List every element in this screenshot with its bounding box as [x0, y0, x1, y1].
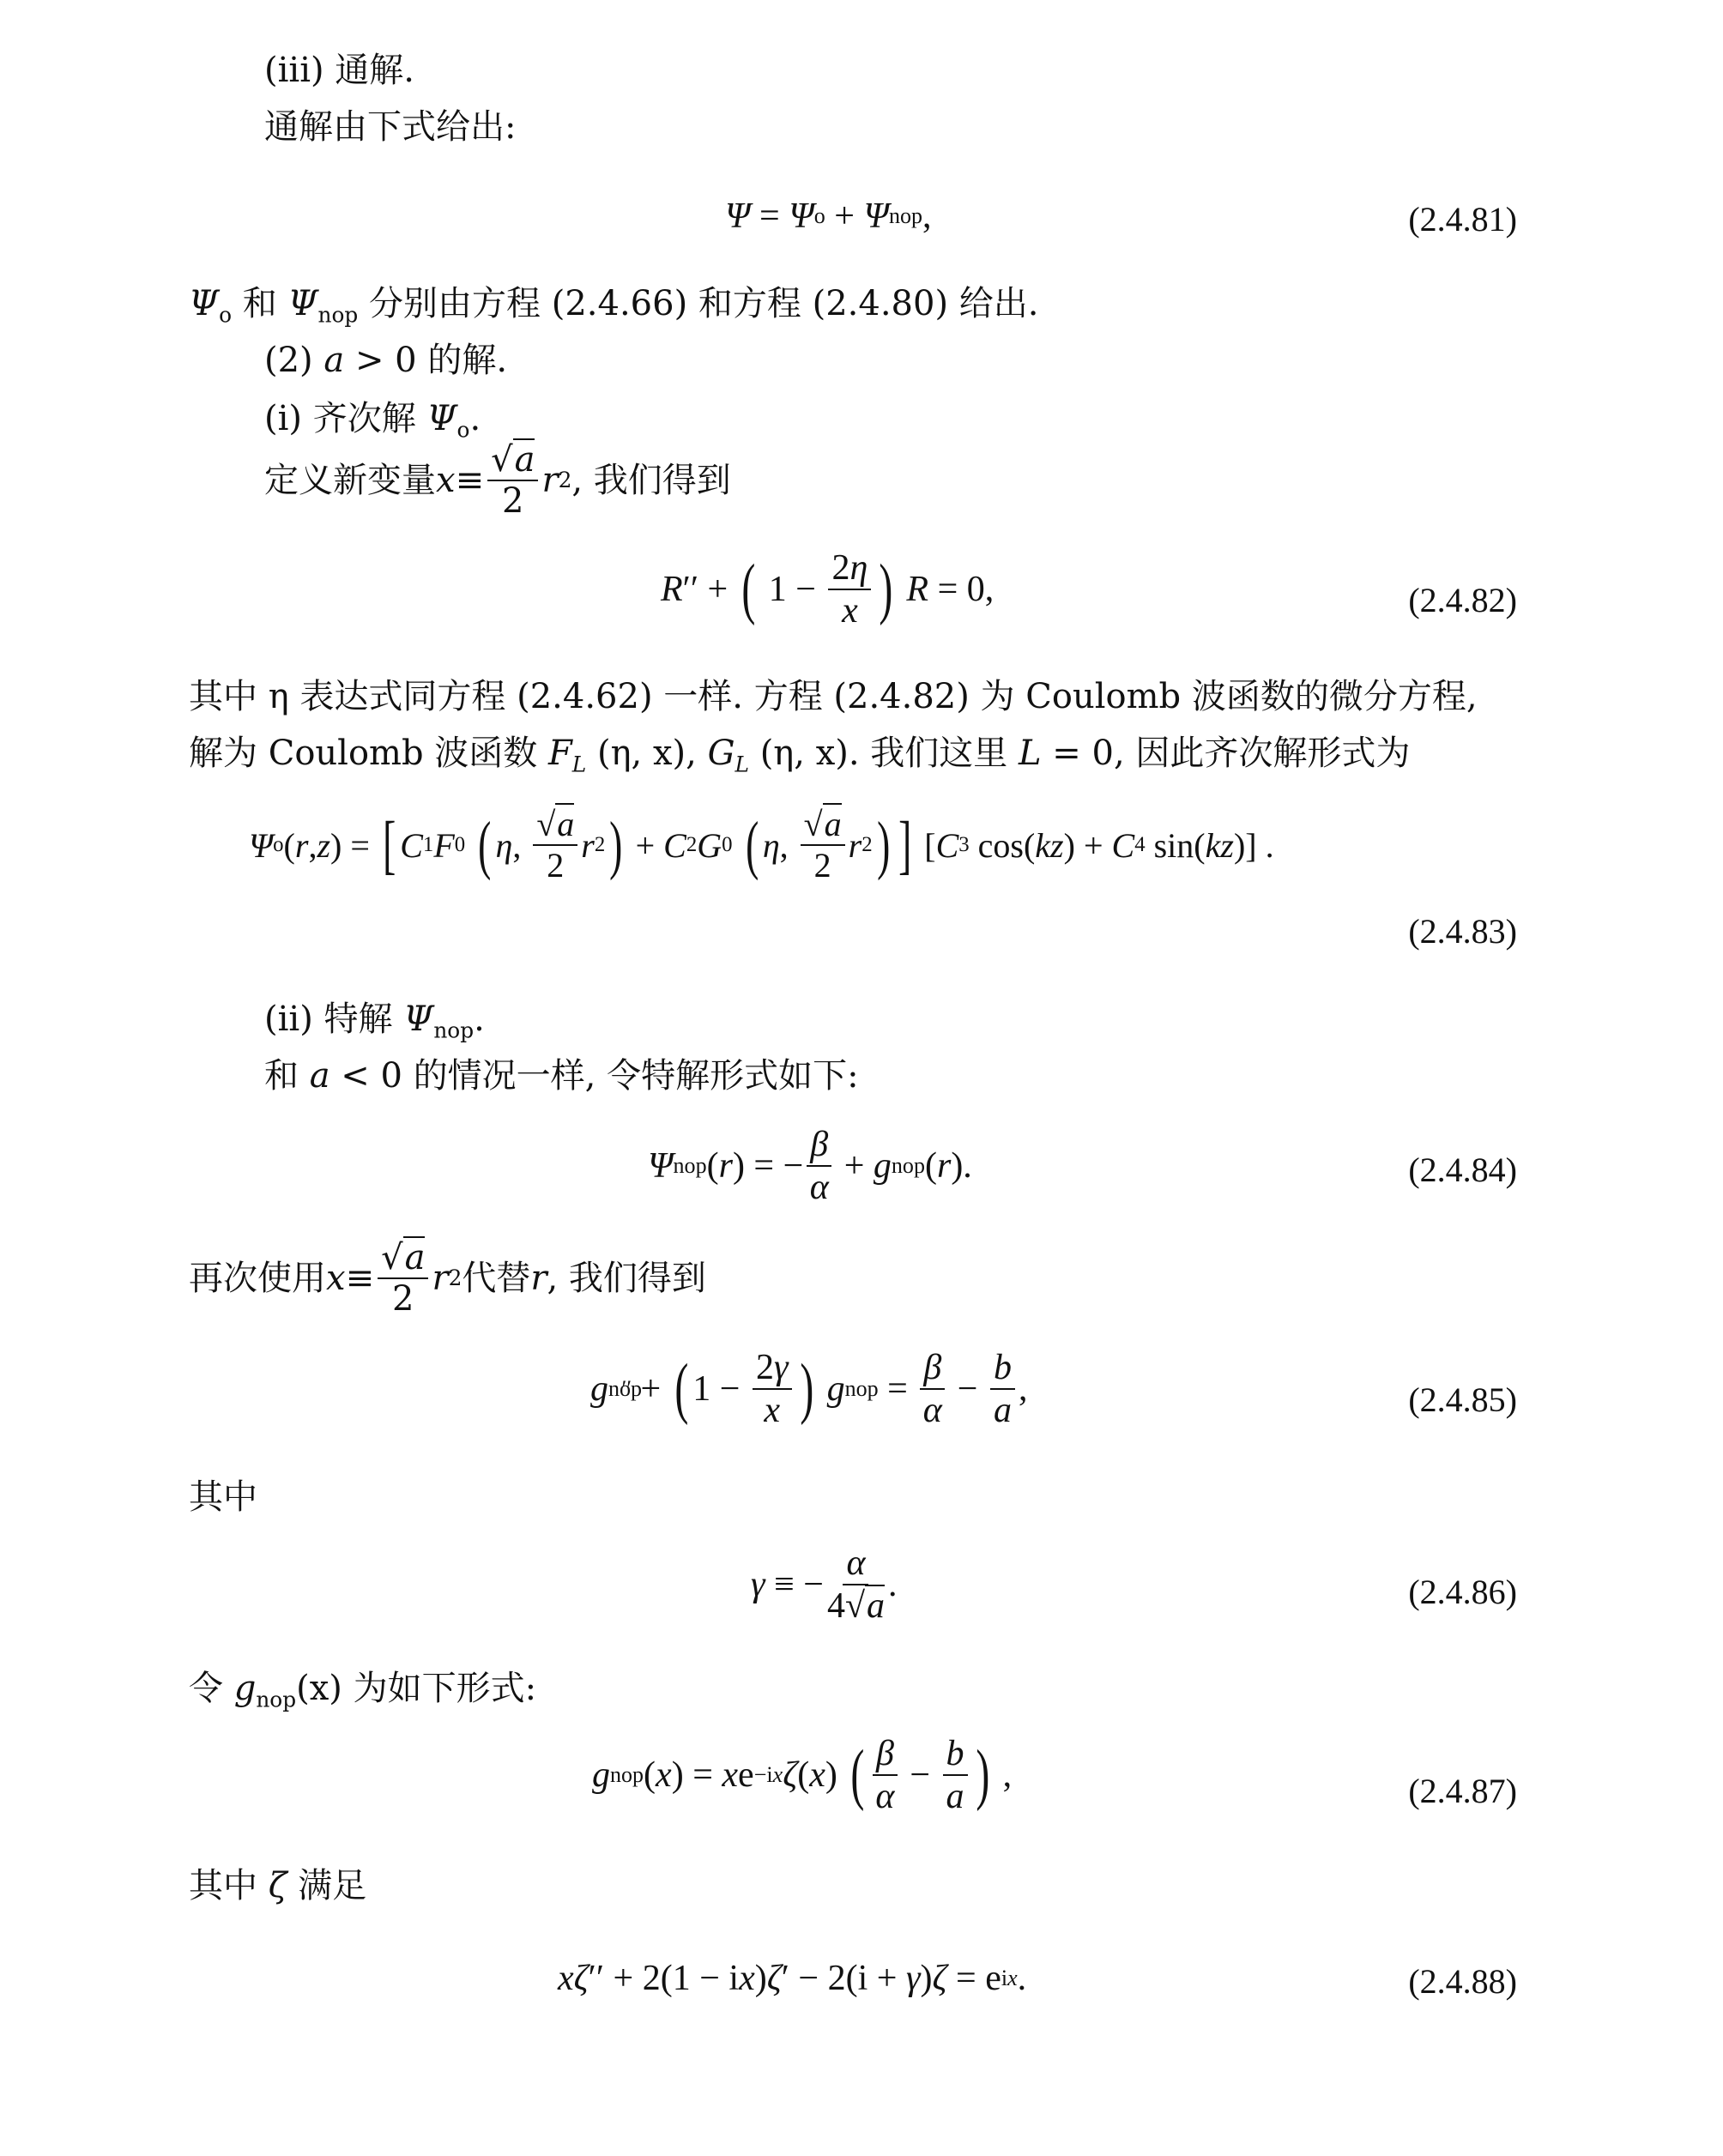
heading-a-positive: (2) a > 0 的解. — [264, 343, 507, 377]
heading-ii-particular: (ii) 特解 Ψnop. — [264, 1002, 485, 1042]
paragraph-substitution: 再次使用 x ≡ √a2 r2 代替 r, 我们得到 — [189, 1240, 706, 1317]
equation-number-2-4-81: (2.4.81) — [1408, 199, 1517, 239]
equation-2-4-87: gnop(x) = xe−ixζ(x) (βα − ba) , — [592, 1735, 1012, 1815]
paragraph-general-solution-intro: 通解由下式给出: — [264, 110, 516, 144]
equation-2-4-85: gnop′′ + (1 − 2γx) gnop = βα − ba, — [590, 1349, 1027, 1429]
fraction-sqrt-a-over-2: √a2 — [487, 442, 538, 519]
equation-number-2-4-88: (2.4.88) — [1408, 1961, 1517, 2002]
equation-2-4-86: γ ≡ −α4√a. — [751, 1544, 898, 1625]
paragraph-psi-definitions: Ψo 和 Ψnop 分别由方程 (2.4.66) 和方程 (2.4.80) 给出… — [189, 287, 1038, 326]
paragraph-zeta-satisfies: 其中 ζ 满足 — [189, 1869, 366, 1903]
paragraph-coulomb-1: 其中 η 表达式同方程 (2.4.62) 一样. 方程 (2.4.82) 为 C… — [189, 679, 1478, 714]
equation-number-2-4-85: (2.4.85) — [1408, 1380, 1517, 1420]
paragraph-new-variable: 定义新变量 x ≡ √a2 r2, 我们得到 — [264, 442, 731, 519]
equation-2-4-84: Ψnop(r) = −βα + gnop(r). — [648, 1126, 972, 1206]
equation-number-2-4-87: (2.4.87) — [1408, 1771, 1517, 1811]
paragraph-where-1: 其中 — [189, 1480, 257, 1514]
equation-2-4-88: xζ′′ + 2(1 − ix)ζ′ − 2(i + γ)ζ = eix. — [558, 1958, 1026, 1999]
equation-2-4-82: R′′ + ( 1 − 2ηx) R = 0, — [661, 549, 994, 630]
paragraph-gnop-form: 令 gnop(x) 为如下形式: — [189, 1671, 536, 1711]
fraction-sqrt-a-over-2-b: √a2 — [378, 1240, 428, 1317]
heading-iii-general-solution: (iii) 通解. — [264, 53, 414, 88]
equation-2-4-83: Ψo(r, z) = [C1F0 (η, √a2r2) + C2G0 (η, √… — [249, 806, 1274, 884]
equation-number-2-4-83: (2.4.83) — [1408, 911, 1517, 951]
paragraph-coulomb-2: 解为 Coulomb 波函数 FL (η, x), GL (η, x). 我们这… — [189, 736, 1410, 776]
paragraph-particular-form: 和 a < 0 的情况一样, 令特解形式如下: — [264, 1059, 859, 1093]
equation-number-2-4-86: (2.4.86) — [1408, 1572, 1517, 1612]
equation-2-4-81: Ψ = Ψo + Ψnop, — [725, 196, 932, 237]
equation-number-2-4-82: (2.4.82) — [1408, 580, 1517, 620]
equation-number-2-4-84: (2.4.84) — [1408, 1150, 1517, 1190]
heading-i-homogeneous: (i) 齐次解 Ψo. — [264, 402, 481, 441]
